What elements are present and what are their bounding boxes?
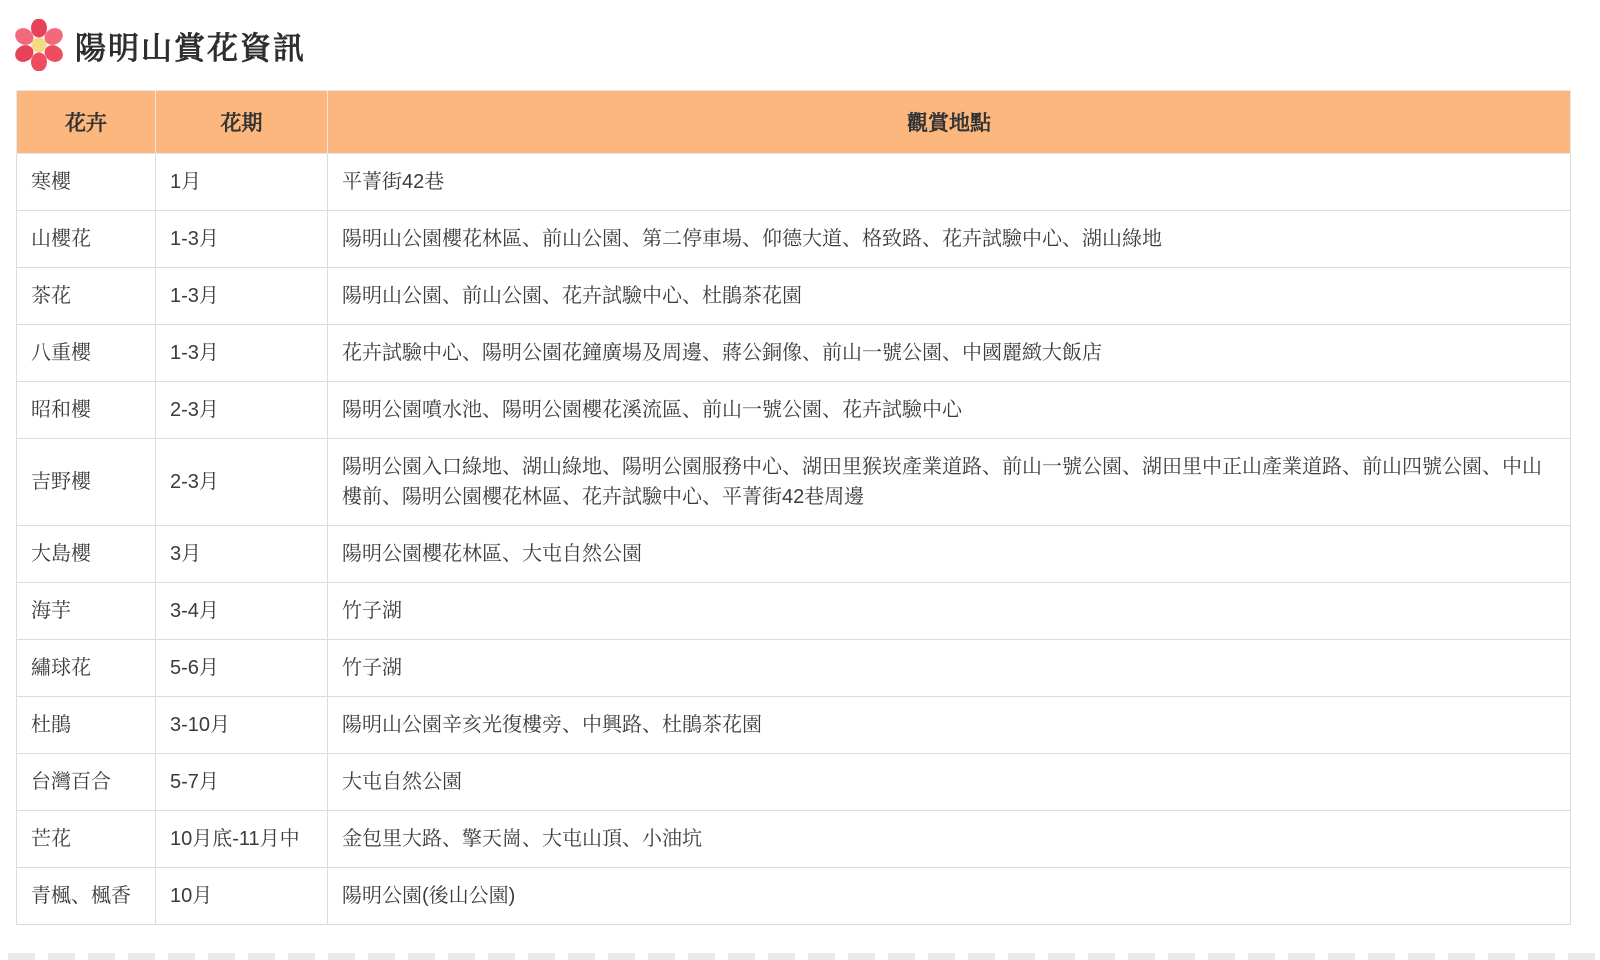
flower-cell: 寒櫻 [17,154,156,211]
locations-cell: 金包里大路、擎天崗、大屯山頂、小油坑 [328,811,1571,868]
table-row: 山櫻花1-3月陽明山公園櫻花林區、前山公園、第二停車場、仰德大道、格致路、花卉試… [17,211,1571,268]
table-row: 繡球花5-6月竹子湖 [17,640,1571,697]
locations-cell: 花卉試驗中心、陽明公園花鐘廣場及周邊、蔣公銅像、前山一號公園、中國麗緻大飯店 [328,325,1571,382]
table-row: 八重櫻1-3月花卉試驗中心、陽明公園花鐘廣場及周邊、蔣公銅像、前山一號公園、中國… [17,325,1571,382]
header-locations: 觀賞地點 [328,91,1571,154]
cutoff-text-row [8,953,1596,960]
flower-cell: 海芋 [17,583,156,640]
period-cell: 3-4月 [156,583,328,640]
flower-cell: 大島櫻 [17,526,156,583]
period-cell: 5-7月 [156,754,328,811]
period-cell: 10月底-11月中 [156,811,328,868]
period-cell: 1月 [156,154,328,211]
table-row: 寒櫻1月平菁街42巷 [17,154,1571,211]
locations-cell: 竹子湖 [328,583,1571,640]
page-title: 陽明山賞花資訊 [75,23,306,68]
table-row: 杜鵑3-10月陽明山公園辛亥光復樓旁、中興路、杜鵑茶花園 [17,697,1571,754]
period-cell: 10月 [156,868,328,925]
flower-cell: 杜鵑 [17,697,156,754]
period-cell: 2-3月 [156,382,328,439]
locations-cell: 陽明公園入口綠地、湖山綠地、陽明公園服務中心、湖田里猴崁產業道路、前山一號公園、… [328,439,1571,526]
flower-cell: 吉野櫻 [17,439,156,526]
period-cell: 1-3月 [156,325,328,382]
table-row: 昭和櫻2-3月陽明公園噴水池、陽明公園櫻花溪流區、前山一號公園、花卉試驗中心 [17,382,1571,439]
flower-cell: 台灣百合 [17,754,156,811]
table-row: 海芋3-4月竹子湖 [17,583,1571,640]
locations-cell: 陽明公園櫻花林區、大屯自然公園 [328,526,1571,583]
period-cell: 1-3月 [156,268,328,325]
table-row: 吉野櫻2-3月陽明公園入口綠地、湖山綠地、陽明公園服務中心、湖田里猴崁產業道路、… [17,439,1571,526]
header-flower: 花卉 [17,91,156,154]
title-bar: 陽明山賞花資訊 [0,0,1600,76]
period-cell: 3月 [156,526,328,583]
page: 陽明山賞花資訊 花卉 花期 觀賞地點 寒櫻1月平菁街42巷山櫻花1-3月陽明山公… [0,0,1600,960]
flower-icon [13,19,65,71]
locations-cell: 竹子湖 [328,640,1571,697]
flower-cell: 八重櫻 [17,325,156,382]
table-header: 花卉 花期 觀賞地點 [17,91,1571,154]
locations-cell: 平菁街42巷 [328,154,1571,211]
table-row: 大島櫻3月陽明公園櫻花林區、大屯自然公園 [17,526,1571,583]
period-cell: 1-3月 [156,211,328,268]
flower-cell: 茶花 [17,268,156,325]
flower-cell: 昭和櫻 [17,382,156,439]
locations-cell: 陽明公園噴水池、陽明公園櫻花溪流區、前山一號公園、花卉試驗中心 [328,382,1571,439]
header-period: 花期 [156,91,328,154]
table-body: 寒櫻1月平菁街42巷山櫻花1-3月陽明山公園櫻花林區、前山公園、第二停車場、仰德… [17,154,1571,925]
locations-cell: 陽明山公園、前山公園、花卉試驗中心、杜鵑茶花園 [328,268,1571,325]
period-cell: 5-6月 [156,640,328,697]
table-row: 芒花10月底-11月中金包里大路、擎天崗、大屯山頂、小油坑 [17,811,1571,868]
header-row: 花卉 花期 觀賞地點 [17,91,1571,154]
flower-cell: 青楓、楓香 [17,868,156,925]
flower-cell: 芒花 [17,811,156,868]
locations-cell: 陽明山公園辛亥光復樓旁、中興路、杜鵑茶花園 [328,697,1571,754]
flower-cell: 山櫻花 [17,211,156,268]
locations-cell: 大屯自然公園 [328,754,1571,811]
table-row: 青楓、楓香10月陽明公園(後山公園) [17,868,1571,925]
table-row: 台灣百合5-7月大屯自然公園 [17,754,1571,811]
period-cell: 3-10月 [156,697,328,754]
locations-cell: 陽明公園(後山公園) [328,868,1571,925]
flower-cell: 繡球花 [17,640,156,697]
locations-cell: 陽明山公園櫻花林區、前山公園、第二停車場、仰德大道、格致路、花卉試驗中心、湖山綠… [328,211,1571,268]
flower-info-table: 花卉 花期 觀賞地點 寒櫻1月平菁街42巷山櫻花1-3月陽明山公園櫻花林區、前山… [16,90,1571,925]
table-row: 茶花1-3月陽明山公園、前山公園、花卉試驗中心、杜鵑茶花園 [17,268,1571,325]
period-cell: 2-3月 [156,439,328,526]
